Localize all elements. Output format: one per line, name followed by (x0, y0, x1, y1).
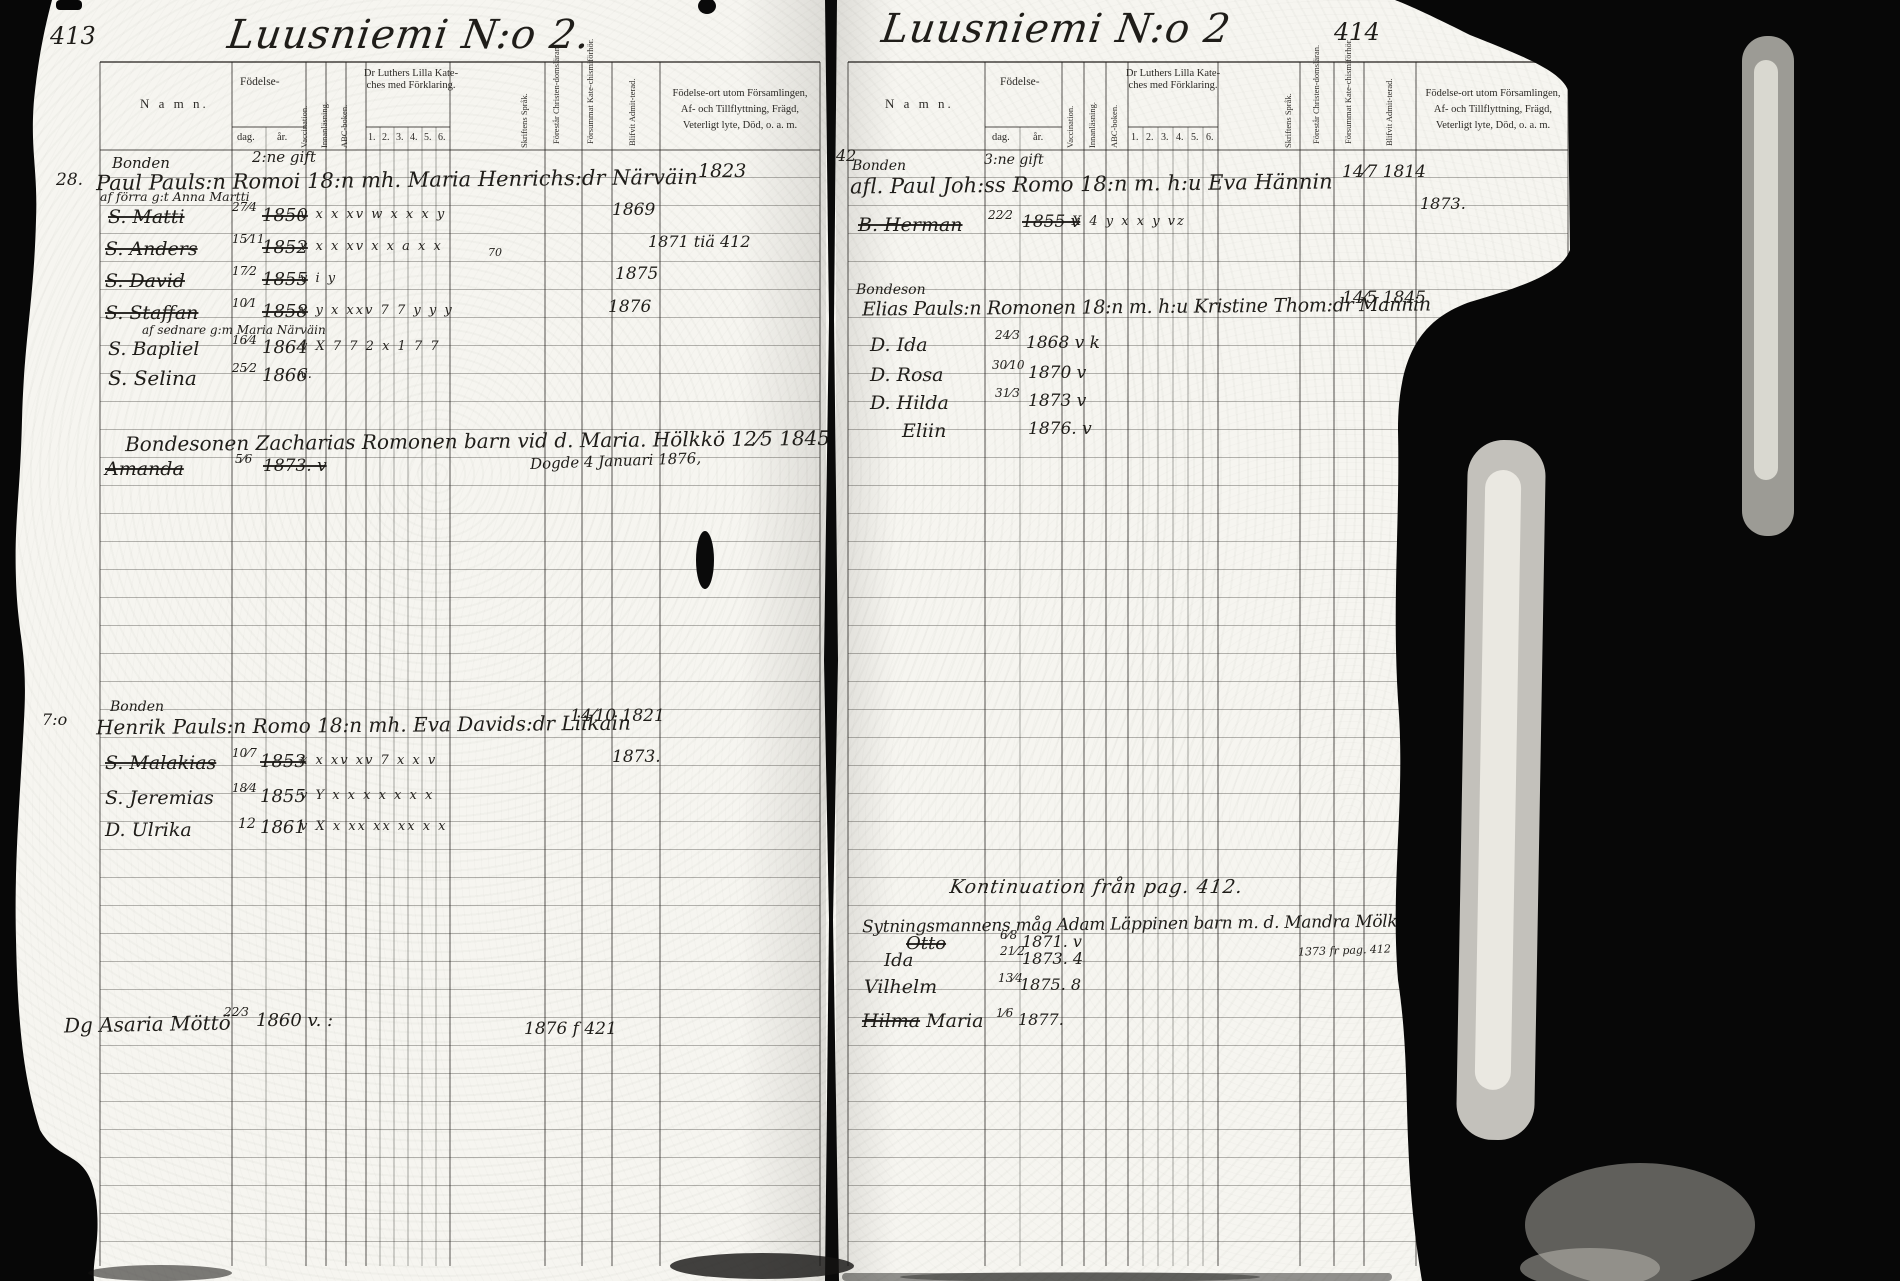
right-header-fodelse: Födelse- (1000, 76, 1040, 88)
kateches-marks: v. (300, 367, 314, 382)
birth-day: 27⁄4 (232, 200, 257, 214)
right-header-k2: 2. (1146, 132, 1154, 143)
child-name-struck: Hilma (862, 1010, 920, 1032)
head-spouse-year: 14⁄5 1845 (1342, 288, 1426, 308)
right-header-k4: 4. (1176, 132, 1184, 143)
birth-day: 5⁄6 (235, 452, 252, 466)
child-name: S. Jeremias (105, 787, 214, 809)
kateches-marks: v y x xxv 7 7 y y y (300, 303, 454, 318)
head-spouse-year: 14⁄7 1814 (1342, 162, 1426, 182)
right-header-k5: 5. (1191, 132, 1199, 143)
left-header-k3: 3. (396, 132, 404, 143)
left-header-fodelse: Födelse- (240, 76, 280, 88)
admitted-year: 1876 (608, 297, 651, 317)
scanned-register-spread: { "form": { "namn": "N a m n.", "fodelse… (0, 0, 1900, 1281)
birth-day: 18⁄4 (232, 781, 257, 795)
small-annotation: 70 (488, 246, 502, 259)
birth-year: 1853 (260, 751, 306, 772)
admitted-year: 1875 (615, 264, 658, 284)
left-header-k6: 6. (438, 132, 446, 143)
previous-marriage-note: af förra g:t Anna Martti (100, 189, 250, 204)
admitted-year: 1873. (1420, 194, 1466, 213)
left-header-forestar: Förestår Christen-domsläran. (552, 60, 578, 144)
birth-year: 1868 v k (1026, 333, 1100, 353)
household-head-entry: afl. Paul Joh:ss Romo 18:n m. h:u Eva Hä… (850, 169, 1333, 198)
child-name: S. Staffan (105, 302, 198, 324)
left-header-fodelseort: Födelse-ort utom Församlingen, Af- och T… (662, 86, 818, 134)
birth-day: 10⁄1 (232, 296, 257, 310)
birth-day: 30⁄10 (992, 358, 1025, 372)
child-name-compound: Hilma Maria (862, 1010, 983, 1032)
left-page-number: 413 (50, 22, 96, 50)
occupation-label: Bonden (110, 699, 164, 715)
birth-day: 31⁄3 (995, 386, 1020, 400)
birth-day: 22⁄3 (224, 1005, 249, 1019)
right-page-number: 414 (1334, 18, 1380, 46)
kateches-marks: v Y x x x x x x x (300, 788, 434, 803)
right-header-k1: 1. (1131, 132, 1139, 143)
child-name: D. Ulrika (105, 819, 192, 841)
right-header-k3: 3. (1161, 132, 1169, 143)
right-page-title: Luusniemi N:o 2 (879, 6, 1234, 52)
right-header-ar: år. (1033, 132, 1043, 143)
admitted-year: 1871 tiä 412 (648, 232, 751, 251)
birth-day: 16⁄4 (232, 333, 257, 347)
birth-year: 1873. 4 (1022, 949, 1083, 968)
left-header-forsummat: Försummat Kate-chismiförhör. (586, 60, 612, 144)
right-header-namn: N a m n. (885, 96, 954, 112)
child-name: S. Malakias (105, 752, 216, 774)
household-margin-number: 28. (56, 170, 83, 190)
household-margin-number: 7:o (42, 710, 67, 729)
left-header-k1: 1. (368, 132, 376, 143)
child-name: S. David (105, 270, 185, 292)
birth-day: 22⁄2 (988, 208, 1013, 222)
kateches-marks: v X 7 7 2 x 1 7 7 (300, 339, 441, 354)
kateches-marks: x x xv xv 7 x x v (300, 753, 437, 768)
birth-day: 24⁄3 (995, 328, 1020, 342)
child-name: S. Anders (105, 238, 198, 260)
right-header-admitterad: Blifvit Admit-terad. (1385, 62, 1409, 146)
birth-day: 6⁄8 (1000, 928, 1017, 942)
left-header-innanlasning: Innanläsning. (320, 64, 330, 148)
marriage-note: 3:ne gift (984, 152, 1044, 168)
right-header-sprak: Skriftens Språk. (1284, 64, 1294, 148)
left-header-k2: 2. (382, 132, 390, 143)
left-header-vaccination: Vaccination. (300, 64, 310, 148)
right-header-fodelseort: Födelse-ort utom Församlingen, Af- och T… (1418, 86, 1568, 134)
birth-year: 1861 (260, 817, 306, 838)
marriage-note: 2:ne gift (252, 148, 316, 166)
continuation-heading: Kontinuation från pag. 412. (948, 876, 1244, 898)
child-name: S. Selina (108, 366, 197, 390)
occupation-label: Bonden (852, 158, 906, 174)
left-header-k5: 5. (424, 132, 432, 143)
kateches-marks: v x x xv w x x x y (300, 207, 446, 222)
left-header-dag: dag. (237, 132, 255, 143)
household-head-entry: Henrik Pauls:n Romo 18:n mh. Eva Davids:… (96, 711, 631, 740)
child-name: D. Ida (870, 334, 928, 356)
left-header-k4: 4. (410, 132, 418, 143)
moved-note: 1876 f 421 (524, 1019, 617, 1039)
right-header-vaccination: Vaccination. (1066, 64, 1076, 148)
right-header-forsummat: Försummat Kate-chismiförhör. (1344, 60, 1370, 144)
birth-year: 1876. v (1028, 419, 1092, 439)
child-name: Amanda (105, 458, 184, 480)
occupation-label: Bondeson (856, 282, 926, 298)
left-header-admitterad: Blifvit Admit-terad. (628, 62, 652, 146)
right-header-innanlasning: Innanläsning. (1088, 64, 1098, 148)
birth-year: 1860 v. : (256, 1010, 333, 1031)
left-header-kateches: Dr Luthers Lilla Kate- ches med Förklari… (350, 68, 472, 92)
child-name: S. Bapliel (108, 338, 199, 360)
child-name: Maria (926, 1010, 983, 1032)
kateches-marks: v i y (300, 271, 337, 286)
child-name: Eliin (902, 420, 946, 442)
left-page-title: Luusniemi N:o 2. (225, 12, 594, 58)
kateches-marks: v X x xx xx xx x x (300, 819, 448, 834)
right-header-forestar: Förestår Christen-domsläran. (1312, 60, 1338, 144)
child-name: B. Herman (858, 214, 963, 236)
child-name: Vilhelm (864, 976, 937, 998)
child-name: D. Hilda (870, 392, 949, 414)
head-spouse-year: 14⁄10 1821 (570, 706, 665, 726)
birth-year: 1855 (260, 786, 306, 807)
birth-year: 1873 v (1028, 391, 1086, 411)
birth-day: 15⁄11 (232, 232, 265, 246)
right-header-dag: dag. (992, 132, 1010, 143)
child-name: Ida (884, 950, 913, 971)
birth-year: 1875. 8 (1020, 975, 1081, 994)
left-header-sprak: Skriftens Språk. (520, 64, 530, 148)
admitted-year: 1873. (612, 747, 661, 767)
kateches-marks: X 4 y x x y vz (1072, 214, 1186, 229)
right-header-k6: 6. (1206, 132, 1214, 143)
birth-year: 1870 v (1028, 363, 1086, 383)
child-name: D. Rosa (870, 364, 943, 386)
left-header-namn: N a m n. (140, 96, 209, 112)
head-spouse-year: 1823 (698, 160, 746, 182)
left-header-ar: år. (277, 132, 287, 143)
birth-day: 17⁄2 (232, 264, 257, 278)
birth-day: 1⁄6 (996, 1006, 1013, 1020)
birth-day: 25⁄2 (232, 361, 257, 375)
left-page-ruled-rows (100, 150, 820, 1266)
right-header-kateches: Dr Luthers Lilla Kate- ches med Förklari… (1112, 68, 1234, 92)
child-name: S. Matti (108, 206, 185, 228)
admitted-year: 1869 (612, 200, 655, 220)
lodger-entry: Dg Asaria Möttö (64, 1011, 231, 1038)
occupation-label: Bonden (112, 154, 170, 172)
kateches-marks: v x x xv x x a x x (300, 239, 443, 254)
birth-year: 1877. (1018, 1010, 1064, 1029)
left-header-abc-boken: ABC-boken. (340, 64, 350, 148)
birth-year: 1873. v (263, 456, 327, 476)
birth-day: 12 (238, 816, 256, 832)
birth-day: 10⁄7 (232, 746, 257, 760)
